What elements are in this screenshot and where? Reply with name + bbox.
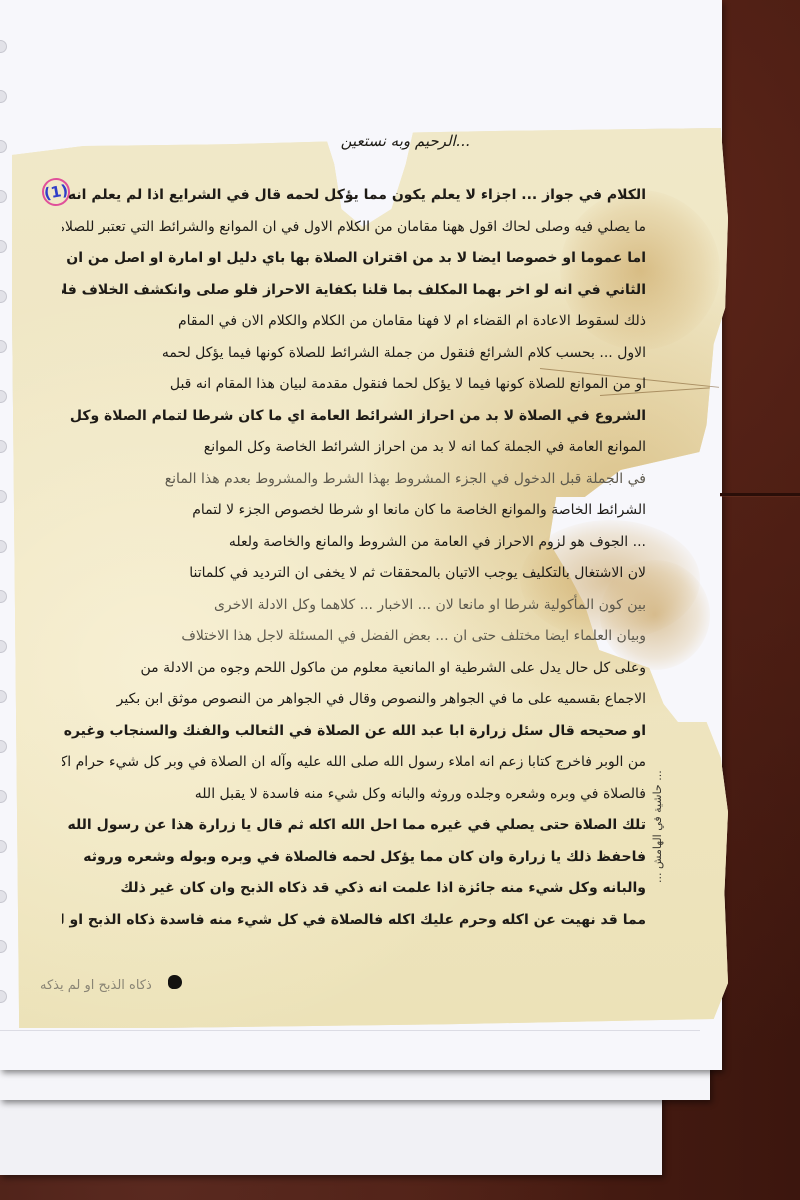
text-line: الشرائط الخاصة والموانع الخاصة ما كان ما… xyxy=(62,495,646,527)
binder-hole xyxy=(0,90,7,103)
text-line: الموانع العامة في الجملة كما انه لا بد م… xyxy=(62,432,646,464)
binder-hole xyxy=(0,790,7,803)
marginal-gloss: ... حاشية في الهامش ... xyxy=(650,770,716,1020)
binder-hole xyxy=(0,290,7,303)
text-line: ما يصلي فيه وصلى لحاك اقول ههنا مقامان م… xyxy=(62,212,646,244)
binder-holes xyxy=(0,30,14,1070)
text-line: الاجماع بقسميه على ما في الجواهر والنصوص… xyxy=(62,684,646,716)
basmala-header: ...الرحيم وبه نستعين xyxy=(300,132,470,150)
text-line: في الجملة قبل الدخول في الجزء المشروط به… xyxy=(62,464,646,496)
text-line: الشروع في الصلاة لا بد من احراز الشرائط … xyxy=(62,401,646,433)
text-line: وعلى كل حال يدل على الشرطية او المانعية … xyxy=(62,653,646,685)
text-line: ... الجوف هو لزوم الاحراز في العامة من ا… xyxy=(62,527,646,559)
text-line: بين كون المأكولية شرطا او مانعا لان ... … xyxy=(62,590,646,622)
ink-blot xyxy=(168,975,182,989)
binder-hole xyxy=(0,890,7,903)
text-line: او من الموانع للصلاة كونها فيما لا يؤكل … xyxy=(62,369,646,401)
text-line: مما قد نهيت عن اكله وحرم عليك اكله فالصل… xyxy=(62,905,646,937)
binder-hole xyxy=(0,990,7,1003)
binder-hole xyxy=(0,940,7,953)
text-line: او صحيحه قال سئل زرارة ابا عبد الله عن ا… xyxy=(62,716,646,748)
binder-hole xyxy=(0,540,7,553)
binder-hole xyxy=(0,740,7,753)
binder-hole xyxy=(0,490,7,503)
text-line: الثاني في انه لو اخر بهما المكلف بما قلن… xyxy=(62,275,646,307)
binder-hole xyxy=(0,440,7,453)
manuscript-body: الكلام في جواز ... اجزاء لا يعلم يكون مم… xyxy=(62,180,646,936)
binder-hole xyxy=(0,40,7,53)
binder-hole xyxy=(0,640,7,653)
text-line: من الوبر فاخرج كتابا زعم انه املاء رسول … xyxy=(62,747,646,779)
binder-hole xyxy=(0,590,7,603)
text-line: تلك الصلاة حتى يصلي في غيره مما احل الله… xyxy=(62,810,646,842)
text-line: فاحفظ ذلك يا زرارة وان كان مما يؤكل لحمه… xyxy=(62,842,646,874)
text-line: وبيان العلماء ايضا مختلف حتى ان ... بعض … xyxy=(62,621,646,653)
paper-edge-line xyxy=(0,1030,700,1031)
text-line: والبانه وكل شيء منه جائزة اذا علمت انه ذ… xyxy=(62,873,646,905)
binder-hole xyxy=(0,340,7,353)
binder-hole xyxy=(0,190,7,203)
binder-hole xyxy=(0,140,7,153)
binder-hole xyxy=(0,840,7,853)
text-line: فالصلاة في وبره وشعره وجلده وروثه والبان… xyxy=(62,779,646,811)
text-line: لان الاشتغال بالتكليف يوجب الاتيان بالمح… xyxy=(62,558,646,590)
binder-hole xyxy=(0,240,7,253)
text-line: ذلك لسقوط الاعادة ام القضاء ام لا فهنا م… xyxy=(62,306,646,338)
text-line: اما عموما او خصوصا ايضا لا بد من اقتران … xyxy=(62,243,646,275)
text-line: الاول ... بحسب كلام الشرائع فنقول من جمل… xyxy=(62,338,646,370)
binder-hole xyxy=(0,690,7,703)
text-line: الكلام في جواز ... اجزاء لا يعلم يكون مم… xyxy=(62,180,646,212)
wood-plank-seam xyxy=(720,493,800,496)
binder-hole xyxy=(0,390,7,403)
